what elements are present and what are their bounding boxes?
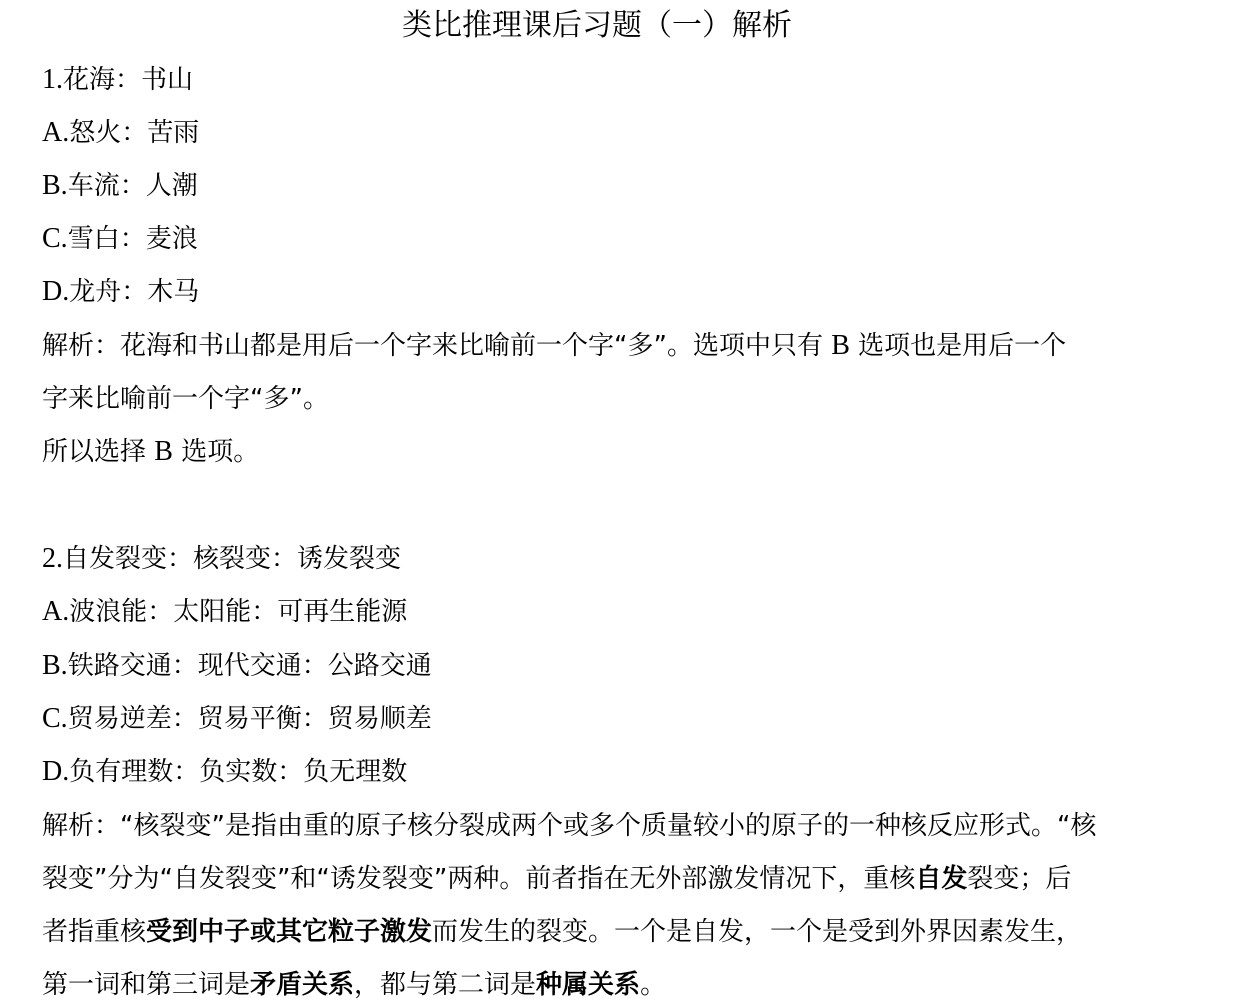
q1-conclusion: 所以选择 B 选项。 [42, 434, 259, 470]
q1-option-c: C.雪白：麦浪 [42, 221, 198, 257]
q2-analysis-line2: 裂变”分为“自发裂变”和“诱发裂变”两种。前者指在无外部激发情况下，重核自发裂变… [42, 861, 1071, 897]
q2-option-c: C.贸易逆差：贸易平衡：贸易顺差 [42, 701, 432, 737]
emphasis: 受到中子或其它粒子激发 [146, 917, 432, 947]
q1-analysis-line2: 字来比喻前一个字“多”。 [42, 381, 329, 417]
q2-stem: 2.自发裂变：核裂变：诱发裂变 [42, 541, 401, 577]
emphasis: 种属关系 [536, 970, 640, 1000]
q1-stem: 1.花海：书山 [42, 62, 193, 98]
document-page: 类比推理课后习题（一）解析 1.花海：书山 A.怒火：苦雨 B.车流：人潮 C.… [0, 0, 1248, 1008]
q2-analysis-line1: 解析：“核裂变”是指由重的原子核分裂成两个或多个质量较小的原子的一种核反应形式。… [42, 808, 1096, 844]
q2-option-a: A.波浪能：太阳能：可再生能源 [42, 594, 407, 630]
q1-option-a: A.怒火：苦雨 [42, 115, 199, 151]
emphasis: 自发 [915, 864, 967, 894]
q2-analysis-line3: 者指重核受到中子或其它粒子激发而发生的裂变。一个是自发，一个是受到外界因素发生， [42, 914, 1082, 950]
q2-analysis-line4: 第一词和第三词是矛盾关系，都与第二词是种属关系。 [42, 967, 666, 1003]
q1-option-b: B.车流：人潮 [42, 168, 198, 204]
q2-option-b: B.铁路交通：现代交通：公路交通 [42, 648, 432, 684]
page-title: 类比推理课后习题（一）解析 [0, 4, 1194, 48]
emphasis: 矛盾关系 [250, 970, 354, 1000]
q1-option-d: D.龙舟：木马 [42, 274, 199, 310]
q2-option-d: D.负有理数：负实数：负无理数 [42, 754, 407, 790]
q1-analysis-line1: 解析：花海和书山都是用后一个字来比喻前一个字“多”。选项中只有 B 选项也是用后… [42, 328, 1066, 364]
